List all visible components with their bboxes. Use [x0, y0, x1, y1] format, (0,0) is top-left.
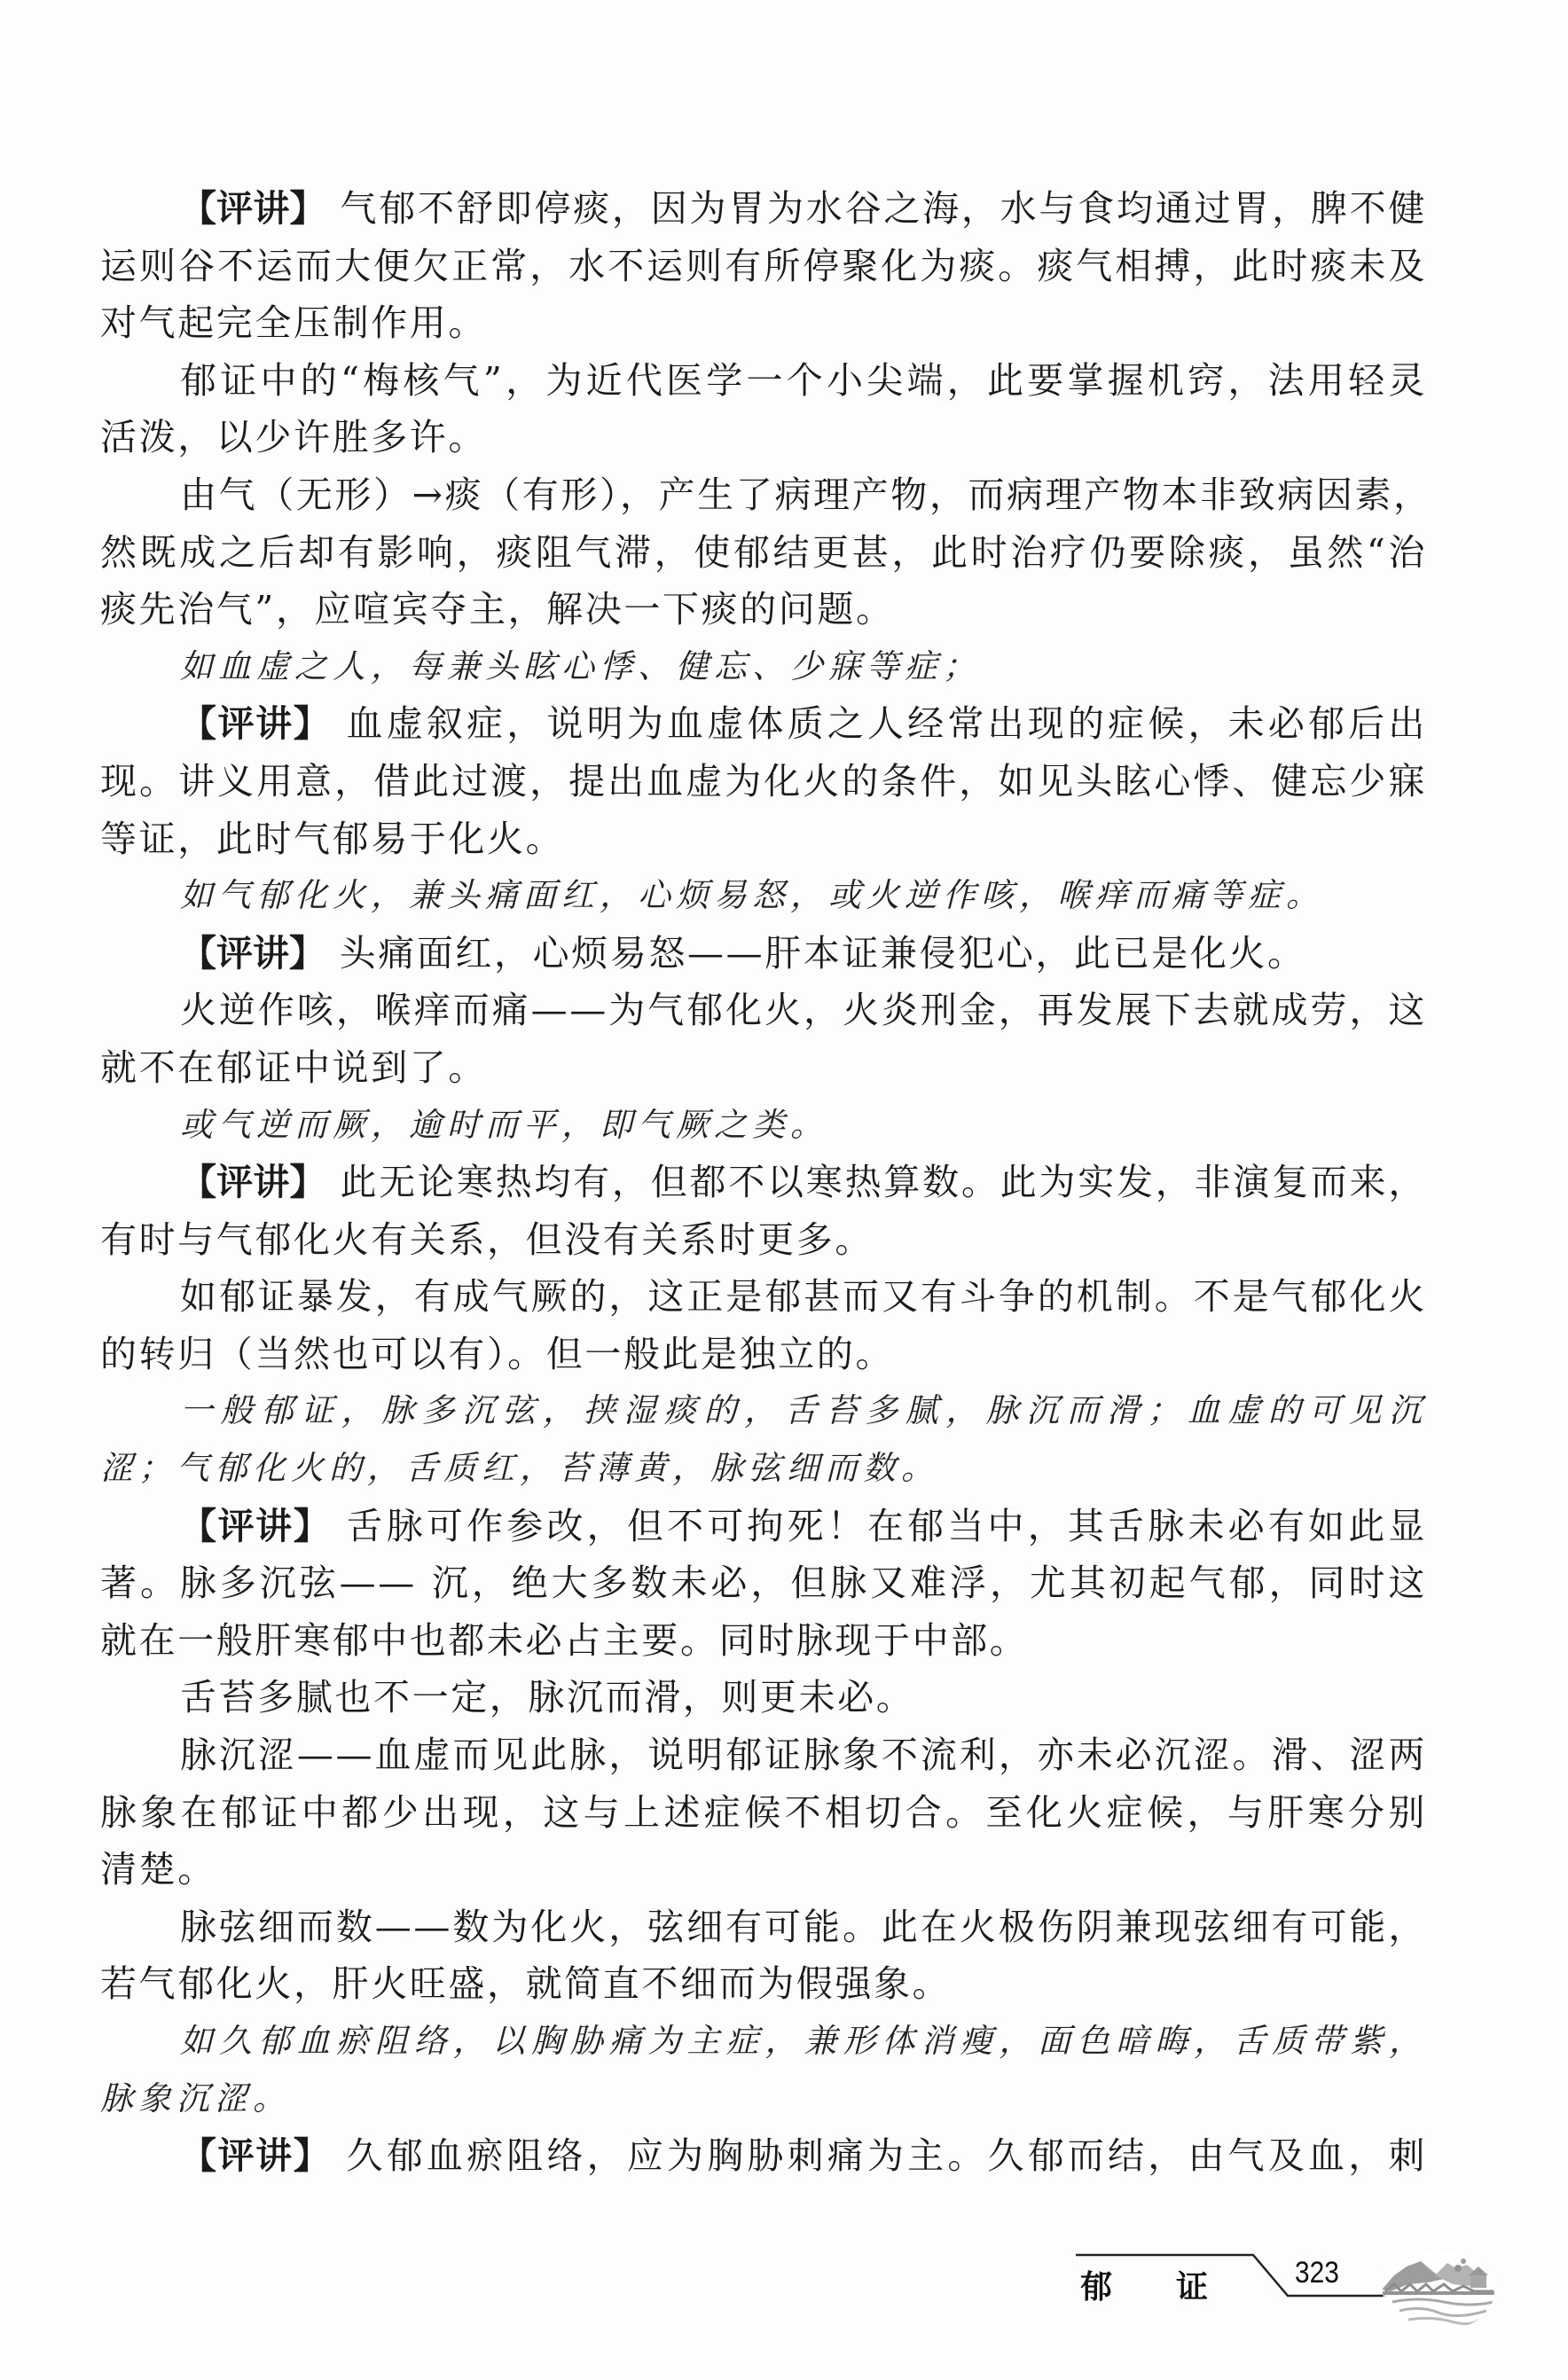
body-text-line: 活泼，以少许胜多许。 [100, 409, 1427, 466]
source-text-line: 或气逆而厥，逾时而平，即气厥之类。 [100, 1097, 1427, 1155]
line-text: 或气逆而厥，逾时而平，即气厥之类。 [180, 1106, 828, 1144]
source-text-line: 涩；气郁化火的，舌质红，苔薄黄，脉弦细而数。 [100, 1440, 1427, 1498]
body-text-line: 脉象在郁证中都少出现，这与上述症候不相切合。至化火症候，与肝寒分别 [100, 1784, 1427, 1842]
line-text: 涩；气郁化火的，舌质红，苔薄黄，脉弦细而数。 [100, 1449, 939, 1487]
source-text-line: 一般郁证，脉多沉弦，挟湿痰的，舌苔多腻，脉沉而滑；血虚的可见沉 [100, 1382, 1427, 1440]
body-text-line: 舌苔多腻也不一定，脉沉而滑，则更未必。 [100, 1669, 1427, 1726]
body-text-line: 著。脉多沉弦—— 沉，绝大多数未必，但脉又难浮，尤其初起气郁，同时这 [100, 1554, 1427, 1612]
line-text: 著。脉多沉弦—— 沉，绝大多数未必，但脉又难浮，尤其初起气郁，同时这 [100, 1562, 1427, 1604]
body-text-line: 清楚。 [100, 1841, 1427, 1899]
body-text-line: 对气起完全压制作用。 [100, 294, 1427, 352]
line-text: 现。讲义用意，借此过渡，提出血虚为化火的条件，如见头眩心悸、健忘少寐 [100, 760, 1427, 802]
book-page: 【评讲】 气郁不舒即停痰，因为胃为水谷之海，水与食均通过胃，脾不健运则谷不运而大… [0, 0, 1568, 2380]
page-number: 323 [1295, 2257, 1339, 2289]
line-text: 如久郁血瘀阻络，以胸胁痛为主症，兼形体消瘦，面色暗晦，舌质带紫， [180, 2022, 1427, 2060]
line-text: 有时与气郁化火有关系，但没有关系时更多。 [100, 1218, 874, 1261]
line-text: 如气郁化火，兼头痛面红，心烦易怒，或火逆作咳，喉痒而痛等症。 [180, 876, 1324, 914]
body-text-line: 现。讲义用意，借此过渡，提出血虚为化火的条件，如见头眩心悸、健忘少寐 [100, 753, 1427, 810]
body-text-line: 脉弦细而数——数为化火，弦细有可能。此在火极伤阴兼现弦细有可能， [100, 1899, 1427, 1956]
line-text: 一般郁证，脉多沉弦，挟湿痰的，舌苔多腻，脉沉而滑；血虚的可见沉 [180, 1391, 1427, 1429]
line-text: 等证，此时气郁易于化火。 [100, 818, 564, 860]
line-text: 郁证中的“梅核气”，为近代医学一个小尖端，此要掌握机窍，法用轻灵 [180, 359, 1427, 402]
body-text-line: 火逆作咳，喉痒而痛——为气郁化火，火炎刑金，再发展下去就成劳，这 [100, 982, 1427, 1039]
body-text-line: 脉沉涩——血虚而见此脉，说明郁证脉象不流利，亦未必沉涩。滑、涩两 [100, 1726, 1427, 1784]
source-text-line: 如气郁化火，兼头痛面红，心烦易怒，或火逆作咳，喉痒而痛等症。 [100, 867, 1427, 925]
commentary-tag: 【评讲】 [180, 932, 325, 975]
body-text-line: 的转归（当然也可以有）。但一般此是独立的。 [100, 1326, 1427, 1383]
commentary-line: 【评讲】 血虚叙症，说明为血虚体质之人经常出现的症候，未必郁后出 [100, 695, 1427, 753]
line-text: 由气（无形）→痰（有形），产生了病理产物，而病理产物本非致病因素， [180, 474, 1432, 516]
source-text-line: 如血虚之人，每兼头眩心悸、健忘、少寐等症； [100, 638, 1427, 696]
page-body-text: 【评讲】 气郁不舒即停痰，因为胃为水谷之海，水与食均通过胃，脾不健运则谷不运而大… [100, 180, 1427, 2185]
line-text: 火逆作咳，喉痒而痛——为气郁化火，火炎刑金，再发展下去就成劳，这 [180, 989, 1427, 1031]
line-text: 此无论寒热均有，但都不以寒热算数。此为实发，非演复而来， [326, 1161, 1427, 1203]
commentary-tag: 【评讲】 [180, 187, 326, 230]
running-title-char-1: 郁 [1080, 2270, 1112, 2306]
body-text-line: 运则谷不运而大便欠正常，水不运则有所停聚化为痰。痰气相搏，此时痰未及 [100, 238, 1427, 295]
line-text: 久郁血瘀阻络，应为胸胁刺痛为主。久郁而结，由气及血，刺 [331, 2134, 1427, 2177]
line-text: 脉弦细而数——数为化火，弦细有可能。此在火极伤阴兼现弦细有可能， [180, 1906, 1427, 1948]
line-text: 脉象沉涩。 [100, 2079, 291, 2118]
line-text: 对气起完全压制作用。 [100, 301, 487, 344]
line-text: 然既成之后却有影响，痰阻气滞，使郁结更甚，此时治疗仍要除痰，虽然“治 [100, 531, 1427, 574]
line-text: 就在一般肝寒郁中也都未必占主要。同时脉现于中部。 [100, 1619, 1028, 1662]
body-text-line: 郁证中的“梅核气”，为近代医学一个小尖端，此要掌握机窍，法用轻灵 [100, 352, 1427, 410]
line-text: 脉象在郁证中都少出现，这与上述症候不相切合。至化火症候，与肝寒分别 [100, 1791, 1427, 1834]
line-text: 若气郁化火，肝火旺盛，就简直不细而为假强象。 [100, 1962, 951, 2005]
commentary-line: 【评讲】 头痛面红，心烦易怒——肝本证兼侵犯心，此已是化火。 [100, 925, 1427, 983]
line-text: 如郁证暴发，有成气厥的，这正是郁甚而又有斗争的机制。不是气郁化火 [180, 1275, 1427, 1318]
commentary-line: 【评讲】 此无论寒热均有，但都不以寒热算数。此为实发，非演复而来， [100, 1154, 1427, 1211]
body-text-line: 有时与气郁化火有关系，但没有关系时更多。 [100, 1211, 1427, 1269]
running-title-char-2: 证 [1176, 2270, 1208, 2306]
source-text-line: 如久郁血瘀阻络，以胸胁痛为主症，兼形体消瘦，面色暗晦，舌质带紫， [100, 2013, 1427, 2071]
commentary-line: 【评讲】 气郁不舒即停痰，因为胃为水谷之海，水与食均通过胃，脾不健 [100, 180, 1427, 238]
body-text-line: 等证，此时气郁易于化火。 [100, 810, 1427, 868]
line-text: 清楚。 [100, 1848, 216, 1891]
commentary-line: 【评讲】 舌脉可作参改，但不可拘死！在郁当中，其舌脉未必有如此显 [100, 1498, 1427, 1555]
body-text-line: 由气（无形）→痰（有形），产生了病理产物，而病理产物本非致病因素， [100, 466, 1427, 524]
body-text-line: 然既成之后却有影响，痰阻气滞，使郁结更甚，此时治疗仍要除痰，虽然“治 [100, 524, 1427, 582]
line-text: 运则谷不运而大便欠正常，水不运则有所停聚化为痰。痰气相搏，此时痰未及 [100, 245, 1427, 287]
body-text-line: 就在一般肝寒郁中也都未必占主要。同时脉现于中部。 [100, 1612, 1427, 1670]
body-text-line: 就不在郁证中说到了。 [100, 1039, 1427, 1097]
commentary-line: 【评讲】 久郁血瘀阻络，应为胸胁刺痛为主。久郁而结，由气及血，刺 [100, 2127, 1427, 2185]
body-text-line: 痰先治气”，应喧宾夺主，解决一下痰的问题。 [100, 581, 1427, 638]
source-text-line: 脉象沉涩。 [100, 2071, 1427, 2128]
body-text-line: 如郁证暴发，有成气厥的，这正是郁甚而又有斗争的机制。不是气郁化火 [100, 1268, 1427, 1326]
commentary-tag: 【评讲】 [180, 2134, 331, 2177]
line-text: 就不在郁证中说到了。 [100, 1046, 487, 1089]
line-text: 头痛面红，心烦易怒——肝本证兼侵犯心，此已是化火。 [325, 932, 1306, 975]
line-text: 舌苔多腻也不一定，脉沉而滑，则更未必。 [180, 1676, 914, 1718]
line-text: 痰先治气”，应喧宾夺主，解决一下痰的问题。 [100, 588, 895, 630]
line-text: 的转归（当然也可以有）。但一般此是独立的。 [100, 1333, 894, 1375]
line-text: 脉沉涩——血虚而见此脉，说明郁证脉象不流利，亦未必沉涩。滑、涩两 [180, 1734, 1427, 1776]
landscape-emblem-icon [1382, 2249, 1499, 2336]
commentary-tag: 【评讲】 [180, 1161, 326, 1203]
commentary-tag: 【评讲】 [180, 1505, 331, 1547]
commentary-tag: 【评讲】 [180, 702, 331, 745]
line-text: 活泼，以少许胜多许。 [100, 416, 487, 458]
body-text-line: 若气郁化火，肝火旺盛，就简直不细而为假强象。 [100, 1955, 1427, 2013]
line-text: 舌脉可作参改，但不可拘死！在郁当中，其舌脉未必有如此显 [331, 1505, 1427, 1547]
line-text: 气郁不舒即停痰，因为胃为水谷之海，水与食均通过胃，脾不健 [326, 187, 1427, 230]
line-text: 如血虚之人，每兼头眩心悸、健忘、少寐等症； [180, 647, 981, 685]
line-text: 血虚叙症，说明为血虚体质之人经常出现的症候，未必郁后出 [331, 702, 1427, 745]
